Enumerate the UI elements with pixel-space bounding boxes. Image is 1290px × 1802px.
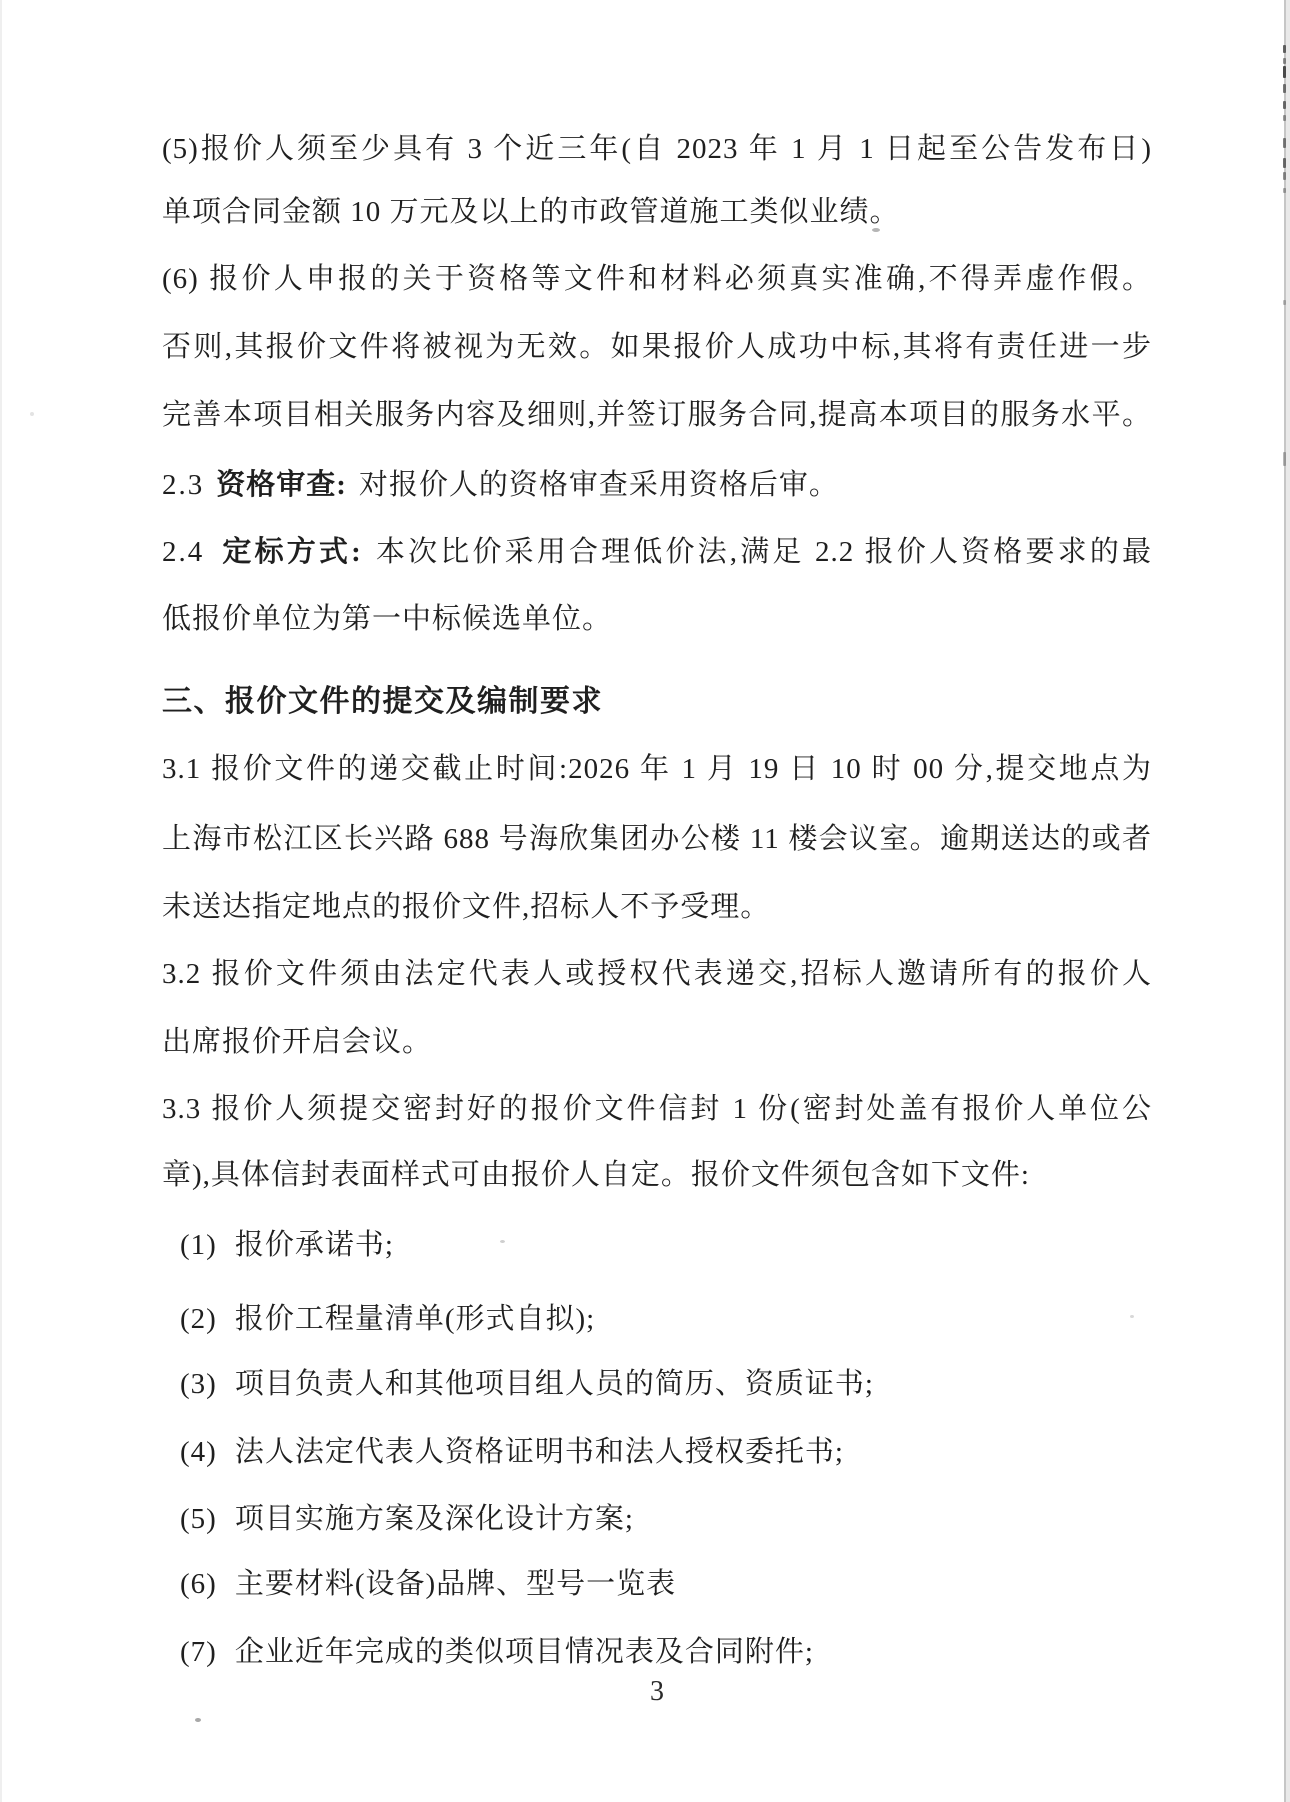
clause-5-line-2: 单项合同金额 10 万元及以上的市政管道施工类似业绩。 bbox=[162, 194, 1152, 236]
section-3-1-line-3: 未送达指定地点的报价文件,招标人不予受理。 bbox=[162, 889, 1152, 931]
list-item-2-marker: (2) bbox=[180, 1301, 217, 1337]
section-2-4-line-2: 低报价单位为第一中标候选单位。 bbox=[162, 601, 1152, 643]
section-2-4-text: 本次比价采用合理低价法,满足 2.2 报价人资格要求的最 bbox=[374, 536, 1152, 568]
document-page: (5)报价人须至少具有 3 个近三年(自 2023 年 1 月 1 日起至公告发… bbox=[0, 0, 1290, 1802]
section-3-3-line-1: 3.3 报价人须提交密封好的报价文件信封 1 份(密封处盖有报价人单位公 bbox=[162, 1091, 1152, 1133]
scan-artifact-dash bbox=[1283, 84, 1286, 93]
section-3-2-line-1: 3.2 报价文件须由法定代表人或授权代表递交,招标人邀请所有的报价人 bbox=[162, 956, 1152, 998]
list-item-1-text: 报价承诺书; bbox=[235, 1227, 394, 1263]
scan-artifact-right-band bbox=[1286, 0, 1290, 1802]
section-2-4-title: 定标方式: bbox=[220, 536, 362, 568]
list-item-2: (2)报价工程量清单(形式自拟); bbox=[162, 1301, 1170, 1343]
scan-artifact-dash bbox=[1283, 138, 1286, 148]
scan-artifact-dash bbox=[1283, 115, 1286, 121]
list-item-7-marker: (7) bbox=[180, 1634, 217, 1670]
scan-artifact-dash bbox=[1283, 45, 1286, 53]
clause-6-line-2: 否则,其报价文件将被视为无效。如果报价人成功中标,其将有责任进一步 bbox=[162, 329, 1152, 371]
scan-artifact-right-line bbox=[1284, 0, 1286, 1802]
section-3-1-line-1: 3.1 报价文件的递交截止时间:2026 年 1 月 19 日 10 时 00 … bbox=[162, 751, 1152, 793]
list-item-3: (3)项目负责人和其他项目组人员的简历、资质证书; bbox=[162, 1366, 1170, 1408]
list-item-1: (1)报价承诺书; bbox=[162, 1227, 1170, 1269]
scan-artifact-dash bbox=[1283, 452, 1286, 466]
clause-5-line-1: (5)报价人须至少具有 3 个近三年(自 2023 年 1 月 1 日起至公告发… bbox=[162, 131, 1152, 173]
section-2-3-text: 对报价人的资格审查采用资格后审。 bbox=[359, 469, 839, 501]
list-item-6-marker: (6) bbox=[180, 1566, 217, 1602]
section-2-4-number: 2.4 bbox=[162, 536, 204, 568]
scan-artifact-speck bbox=[195, 1718, 201, 1722]
list-item-5-text: 项目实施方案及深化设计方案; bbox=[235, 1501, 634, 1537]
section-2-4-line-1: 2.4定标方式:本次比价采用合理低价法,满足 2.2 报价人资格要求的最 bbox=[162, 534, 1152, 576]
list-item-5: (5)项目实施方案及深化设计方案; bbox=[162, 1501, 1170, 1543]
scan-artifact-dash bbox=[1283, 188, 1286, 193]
section-3-2-line-2: 出席报价开启会议。 bbox=[162, 1024, 1152, 1066]
section-2-3-title: 资格审查: bbox=[216, 469, 347, 501]
list-item-3-marker: (3) bbox=[180, 1366, 217, 1402]
scan-artifact-dash bbox=[1283, 158, 1286, 168]
scan-artifact-dash bbox=[1283, 101, 1286, 109]
list-item-7-text: 企业近年完成的类似项目情况表及合同附件; bbox=[235, 1634, 814, 1670]
scan-artifact-speck bbox=[1130, 1315, 1134, 1318]
section-3-1-line-2: 上海市松江区长兴路 688 号海欣集团办公楼 11 楼会议室。逾期送达的或者 bbox=[162, 821, 1152, 863]
list-item-3-text: 项目负责人和其他项目组人员的简历、资质证书; bbox=[235, 1366, 874, 1402]
section-3-heading: 三、报价文件的提交及编制要求 bbox=[162, 684, 1152, 726]
scan-artifact-speck bbox=[30, 412, 34, 416]
list-item-4-marker: (4) bbox=[180, 1434, 217, 1470]
list-item-4-text: 法人法定代表人资格证明书和法人授权委托书; bbox=[235, 1434, 844, 1470]
document-body: (5)报价人须至少具有 3 个近三年(自 2023 年 1 月 1 日起至公告发… bbox=[162, 0, 1152, 1802]
clause-6-line-1: (6) 报价人申报的关于资格等文件和材料必须真实准确,不得弄虚作假。 bbox=[162, 261, 1152, 303]
list-item-2-text: 报价工程量清单(形式自拟); bbox=[235, 1301, 595, 1337]
scan-artifact-dash bbox=[1283, 58, 1286, 64]
list-item-7: (7)企业近年完成的类似项目情况表及合同附件; bbox=[162, 1634, 1170, 1676]
list-item-6-text: 主要材料(设备)品牌、型号一览表 bbox=[235, 1566, 676, 1602]
clause-6-line-3: 完善本项目相关服务内容及细则,并签订服务合同,提高本项目的服务水平。 bbox=[162, 397, 1152, 439]
list-item-5-marker: (5) bbox=[180, 1501, 217, 1537]
list-item-1-marker: (1) bbox=[180, 1227, 217, 1263]
scan-artifact-speck bbox=[500, 1240, 505, 1243]
scan-artifact-left-edge bbox=[0, 0, 2, 1802]
scan-artifact-dash bbox=[1283, 66, 1286, 78]
scan-artifact-dash bbox=[1283, 300, 1286, 305]
page-number: 3 bbox=[162, 1676, 1152, 1708]
list-item-6: (6)主要材料(设备)品牌、型号一览表 bbox=[162, 1566, 1170, 1608]
section-2-3-number: 2.3 bbox=[162, 469, 204, 501]
section-3-3-line-2: 章),具体信封表面样式可由报价人自定。报价文件须包含如下文件: bbox=[162, 1157, 1152, 1199]
section-2-3: 2.3资格审查:对报价人的资格审查采用资格后审。 bbox=[162, 467, 1152, 509]
scan-artifact-speck bbox=[872, 228, 880, 232]
list-item-4: (4)法人法定代表人资格证明书和法人授权委托书; bbox=[162, 1434, 1170, 1476]
scan-artifact-dash bbox=[1283, 172, 1286, 180]
